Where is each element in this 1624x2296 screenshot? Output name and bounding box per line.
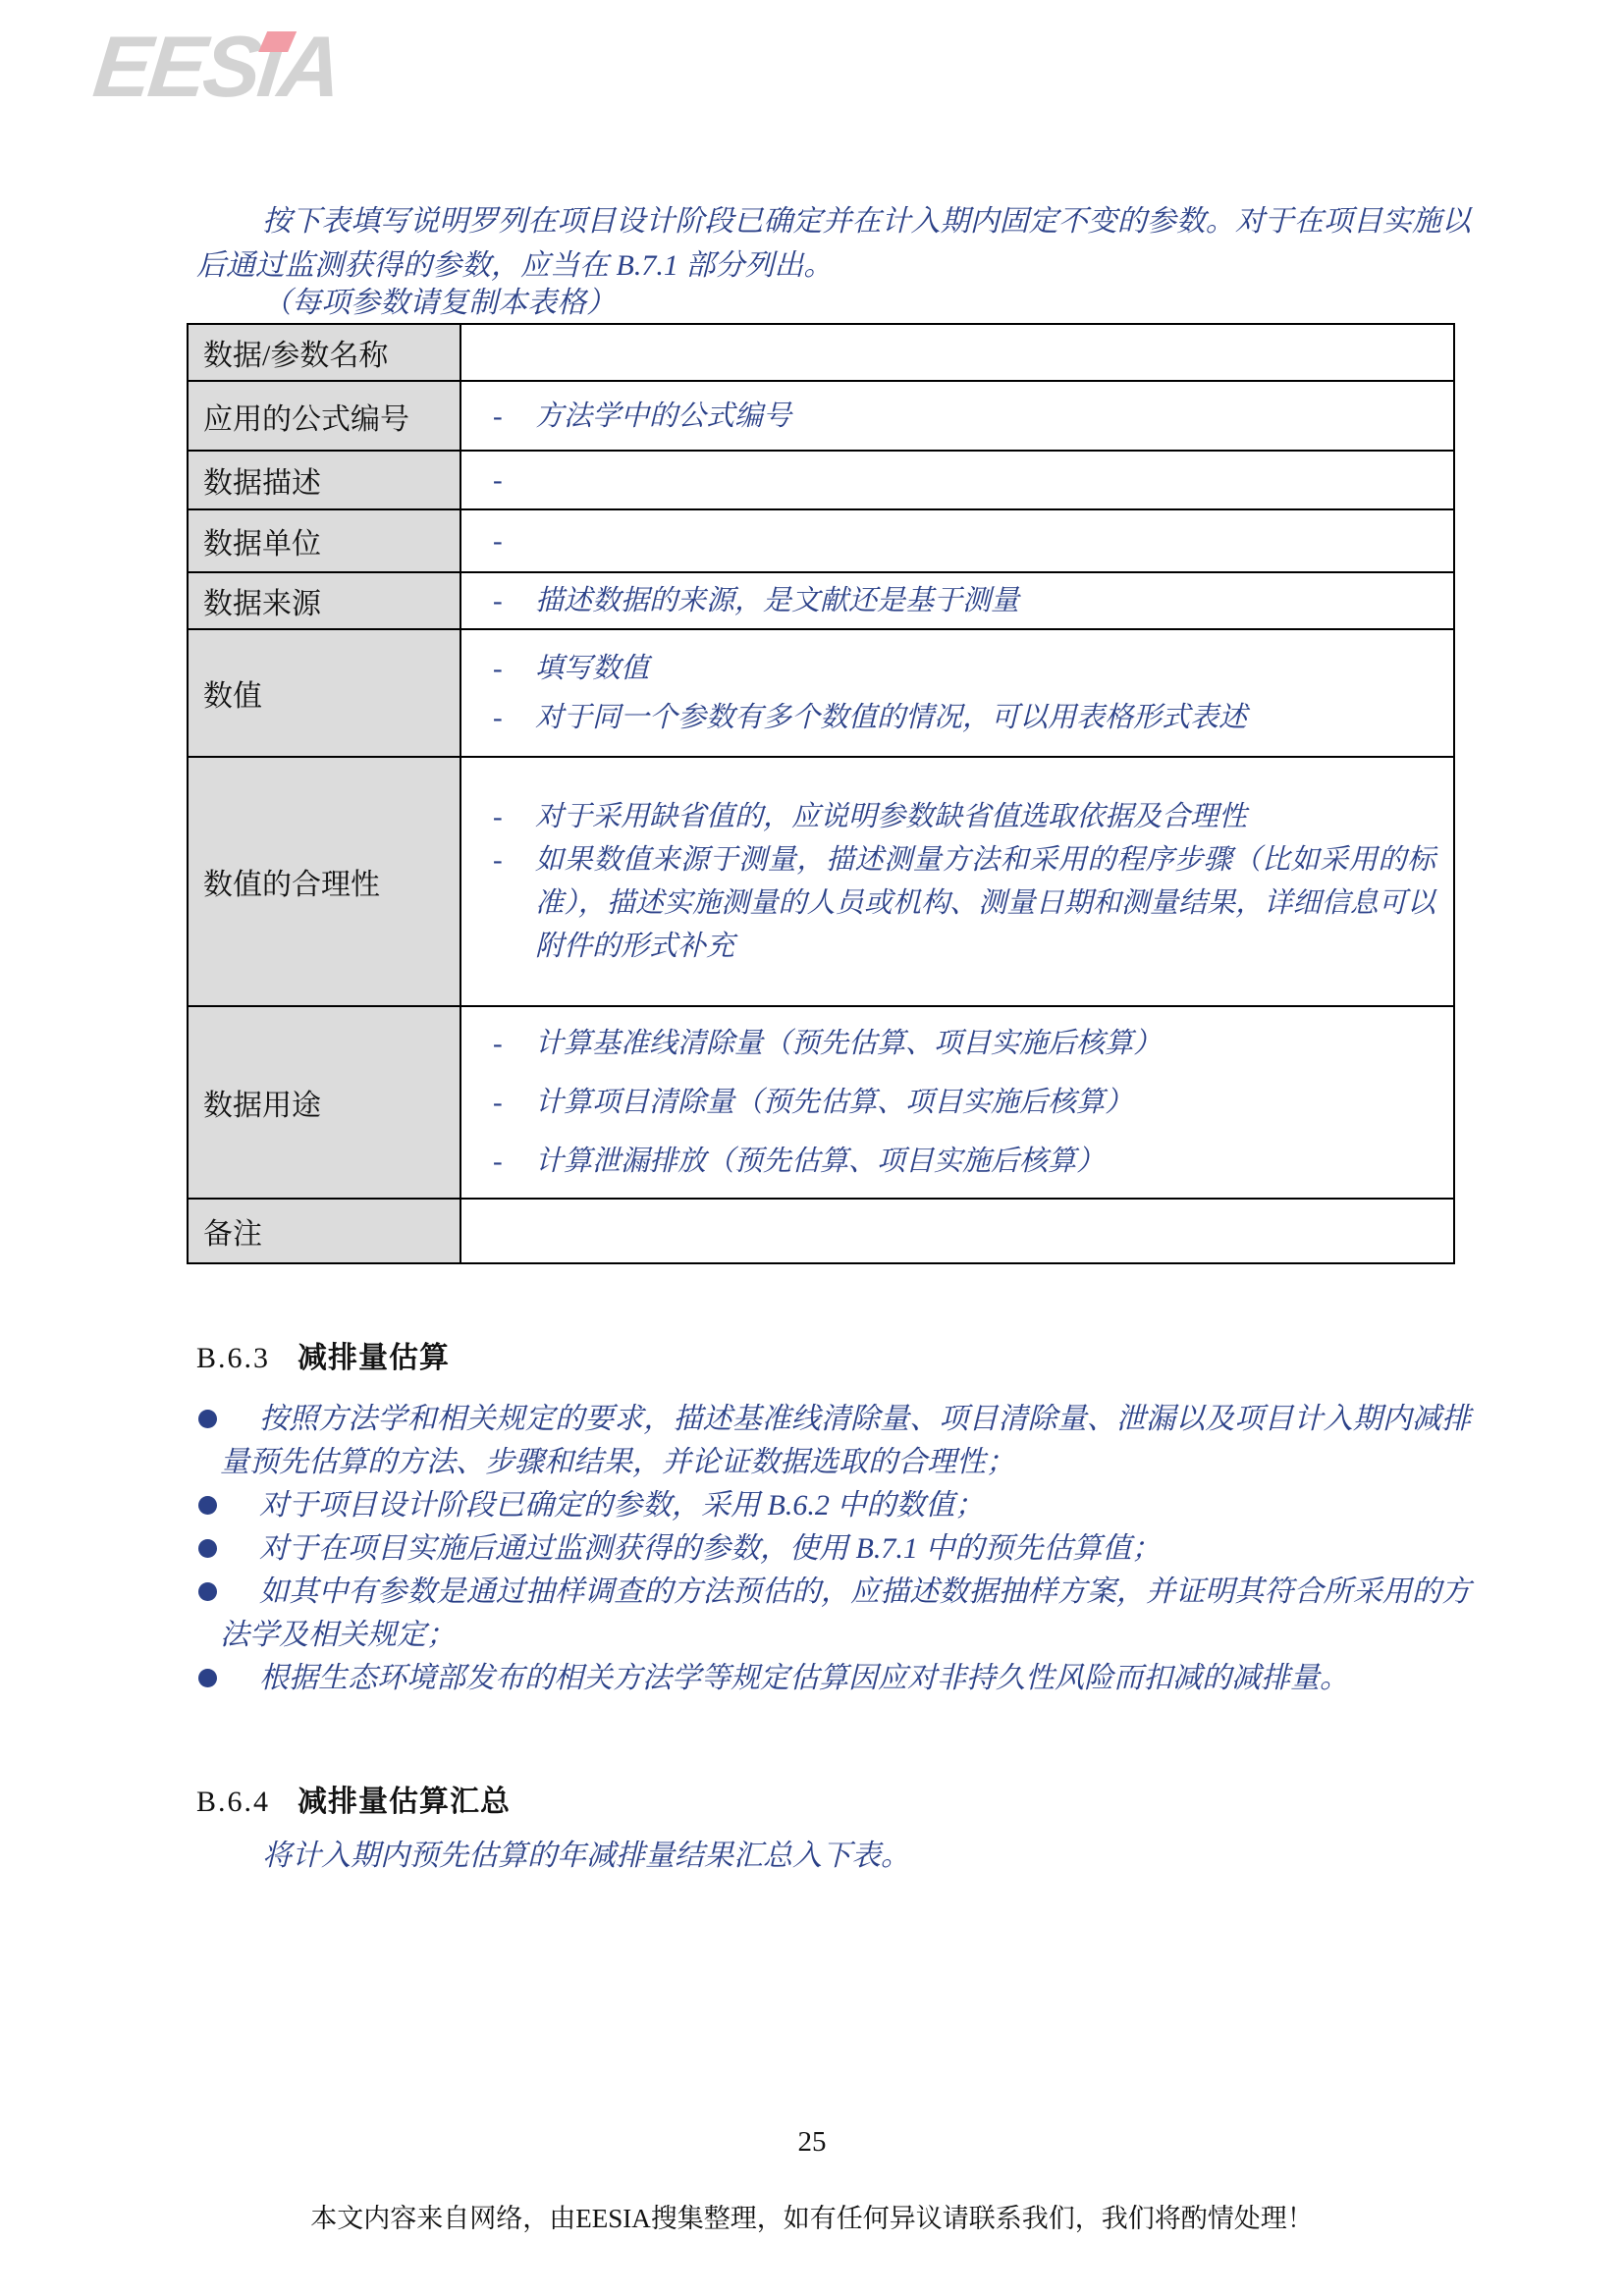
footer-disclaimer: 本文内容来自网络，由EESIA搜集整理，如有任何异议请联系我们，我们将酌情处理！ [0, 2197, 1624, 2235]
table-row: 数据描述- [189, 452, 1453, 510]
bullet-item: 根据生态环境部发布的相关方法学等规定估算因应对非持久性风险而扣减的减排量。 [196, 1657, 1471, 1700]
bullet-dot-icon [198, 1410, 217, 1428]
bullet-item: 按照方法学和相关规定的要求，描述基准线清除量、项目清除量、泄漏以及项目计入期内减… [196, 1398, 1471, 1484]
row-content: - [461, 510, 1453, 571]
dash-item: -计算项目清除量（预先估算、项目实施后核算） [493, 1081, 1435, 1124]
bullet-item: 如其中有参数是通过抽样调查的方法预估的，应描述数据抽样方案，并证明其符合所采用的… [196, 1571, 1471, 1657]
row-content [461, 1200, 1453, 1262]
dash-item: - [493, 519, 1435, 562]
item-text [535, 519, 1435, 562]
dash-marker: - [493, 519, 535, 562]
dash-marker: - [493, 1081, 535, 1124]
dash-marker: - [493, 795, 535, 838]
row-label: 数据描述 [189, 452, 461, 508]
copy-table-note: （每项参数请复制本表格） [262, 284, 616, 323]
item-text [535, 458, 1435, 502]
dash-marker: - [493, 579, 535, 622]
dash-item: -计算泄漏排放（预先估算、项目实施后核算） [493, 1140, 1435, 1183]
dash-marker: - [493, 395, 535, 438]
table-row: 备注 [189, 1200, 1453, 1264]
logo-text-left: EES [89, 18, 263, 115]
bullet-item: 对于在项目实施后通过监测获得的参数，使用 B.7.1 中的预先估算值； [196, 1527, 1471, 1571]
dash-marker: - [493, 696, 535, 739]
row-label: 数据用途 [189, 1007, 461, 1198]
bullet-item: 对于项目设计阶段已确定的参数，采用 B.6.2 中的数值； [196, 1484, 1471, 1527]
dash-item: -方法学中的公式编号 [493, 395, 1435, 438]
intro-paragraph: 按下表填写说明罗列在项目设计阶段已确定并在计入期内固定不变的参数。对于在项目实施… [196, 199, 1471, 288]
item-text: 方法学中的公式编号 [535, 395, 1435, 438]
page-number: 25 [0, 2126, 1624, 2159]
dash-marker: - [493, 1022, 535, 1065]
section-title: 减排量估算汇总 [298, 1786, 511, 1818]
item-text: 填写数值 [535, 647, 1435, 690]
dash-item: -如果数值来源于测量，描述测量方法和采用的程序步骤（比如采用的标准），描述实施测… [493, 838, 1435, 968]
item-text: 如果数值来源于测量，描述测量方法和采用的程序步骤（比如采用的标准），描述实施测量… [535, 838, 1435, 968]
item-text: 计算泄漏排放（预先估算、项目实施后核算） [535, 1140, 1435, 1183]
row-label: 应用的公式编号 [189, 382, 461, 450]
item-text: 描述数据的来源，是文献还是基于测量 [535, 579, 1435, 622]
row-content: -方法学中的公式编号 [461, 382, 1453, 450]
row-label: 数值的合理性 [189, 758, 461, 1005]
section-number: B.6.3 [196, 1342, 270, 1374]
table-row: 应用的公式编号-方法学中的公式编号 [189, 382, 1453, 452]
row-label: 数据单位 [189, 510, 461, 571]
document-page: EESıA 按下表填写说明罗列在项目设计阶段已确定并在计入期内固定不变的参数。对… [0, 0, 1624, 2296]
section-number: B.6.4 [196, 1786, 270, 1818]
section-heading-b63: B.6.3减排量估算 [196, 1333, 450, 1376]
item-text: 计算基准线清除量（预先估算、项目实施后核算） [535, 1022, 1435, 1065]
row-label: 备注 [189, 1200, 461, 1262]
dash-item: -对于同一个参数有多个数值的情况，可以用表格形式表述 [493, 696, 1435, 739]
dash-item: -计算基准线清除量（预先估算、项目实施后核算） [493, 1022, 1435, 1065]
table-row: 数据单位- [189, 510, 1453, 573]
table-row: 数据用途-计算基准线清除量（预先估算、项目实施后核算）-计算项目清除量（预先估算… [189, 1007, 1453, 1200]
table-row: 数据/参数名称 [189, 325, 1453, 382]
dash-marker: - [493, 1140, 535, 1183]
row-content: -计算基准线清除量（预先估算、项目实施后核算）-计算项目清除量（预先估算、项目实… [461, 1007, 1453, 1198]
dash-marker: - [493, 647, 535, 690]
row-content: -对于采用缺省值的，应说明参数缺省值选取依据及合理性-如果数值来源于测量，描述测… [461, 758, 1453, 1005]
dash-item: - [493, 458, 1435, 502]
row-content [461, 325, 1453, 380]
row-content: -描述数据的来源，是文献还是基于测量 [461, 573, 1453, 628]
row-content: - [461, 452, 1453, 508]
bullet-dot-icon [198, 1669, 217, 1687]
dash-item: -描述数据的来源，是文献还是基于测量 [493, 579, 1435, 622]
dash-item: -对于采用缺省值的，应说明参数缺省值选取依据及合理性 [493, 795, 1435, 838]
item-text: 计算项目清除量（预先估算、项目实施后核算） [535, 1081, 1435, 1124]
row-label: 数据来源 [189, 573, 461, 628]
table-row: 数值-填写数值-对于同一个参数有多个数值的情况，可以用表格形式表述 [189, 630, 1453, 758]
item-text: 对于同一个参数有多个数值的情况，可以用表格形式表述 [535, 696, 1435, 739]
item-text: 对于采用缺省值的，应说明参数缺省值选取依据及合理性 [535, 795, 1435, 838]
eesia-logo: EESıA [89, 18, 345, 116]
dash-marker: - [493, 458, 535, 502]
row-label: 数值 [189, 630, 461, 756]
parameter-table: 数据/参数名称应用的公式编号-方法学中的公式编号数据描述-数据单位-数据来源-描… [187, 323, 1455, 1264]
b64-paragraph: 将计入期内预先估算的年减排量结果汇总入下表。 [262, 1834, 910, 1878]
bullet-dot-icon [198, 1582, 217, 1601]
b63-bullet-list: 按照方法学和相关规定的要求，描述基准线清除量、项目清除量、泄漏以及项目计入期内减… [196, 1398, 1471, 1700]
section-heading-b64: B.6.4减排量估算汇总 [196, 1777, 511, 1820]
row-label: 数据/参数名称 [189, 325, 461, 380]
section-title: 减排量估算 [298, 1342, 450, 1374]
dash-item: -填写数值 [493, 647, 1435, 690]
table-row: 数值的合理性-对于采用缺省值的，应说明参数缺省值选取依据及合理性-如果数值来源于… [189, 758, 1453, 1007]
bullet-dot-icon [198, 1539, 217, 1558]
row-content: -填写数值-对于同一个参数有多个数值的情况，可以用表格形式表述 [461, 630, 1453, 756]
bullet-dot-icon [198, 1496, 217, 1515]
dash-marker: - [493, 838, 535, 968]
table-row: 数据来源-描述数据的来源，是文献还是基于测量 [189, 573, 1453, 630]
